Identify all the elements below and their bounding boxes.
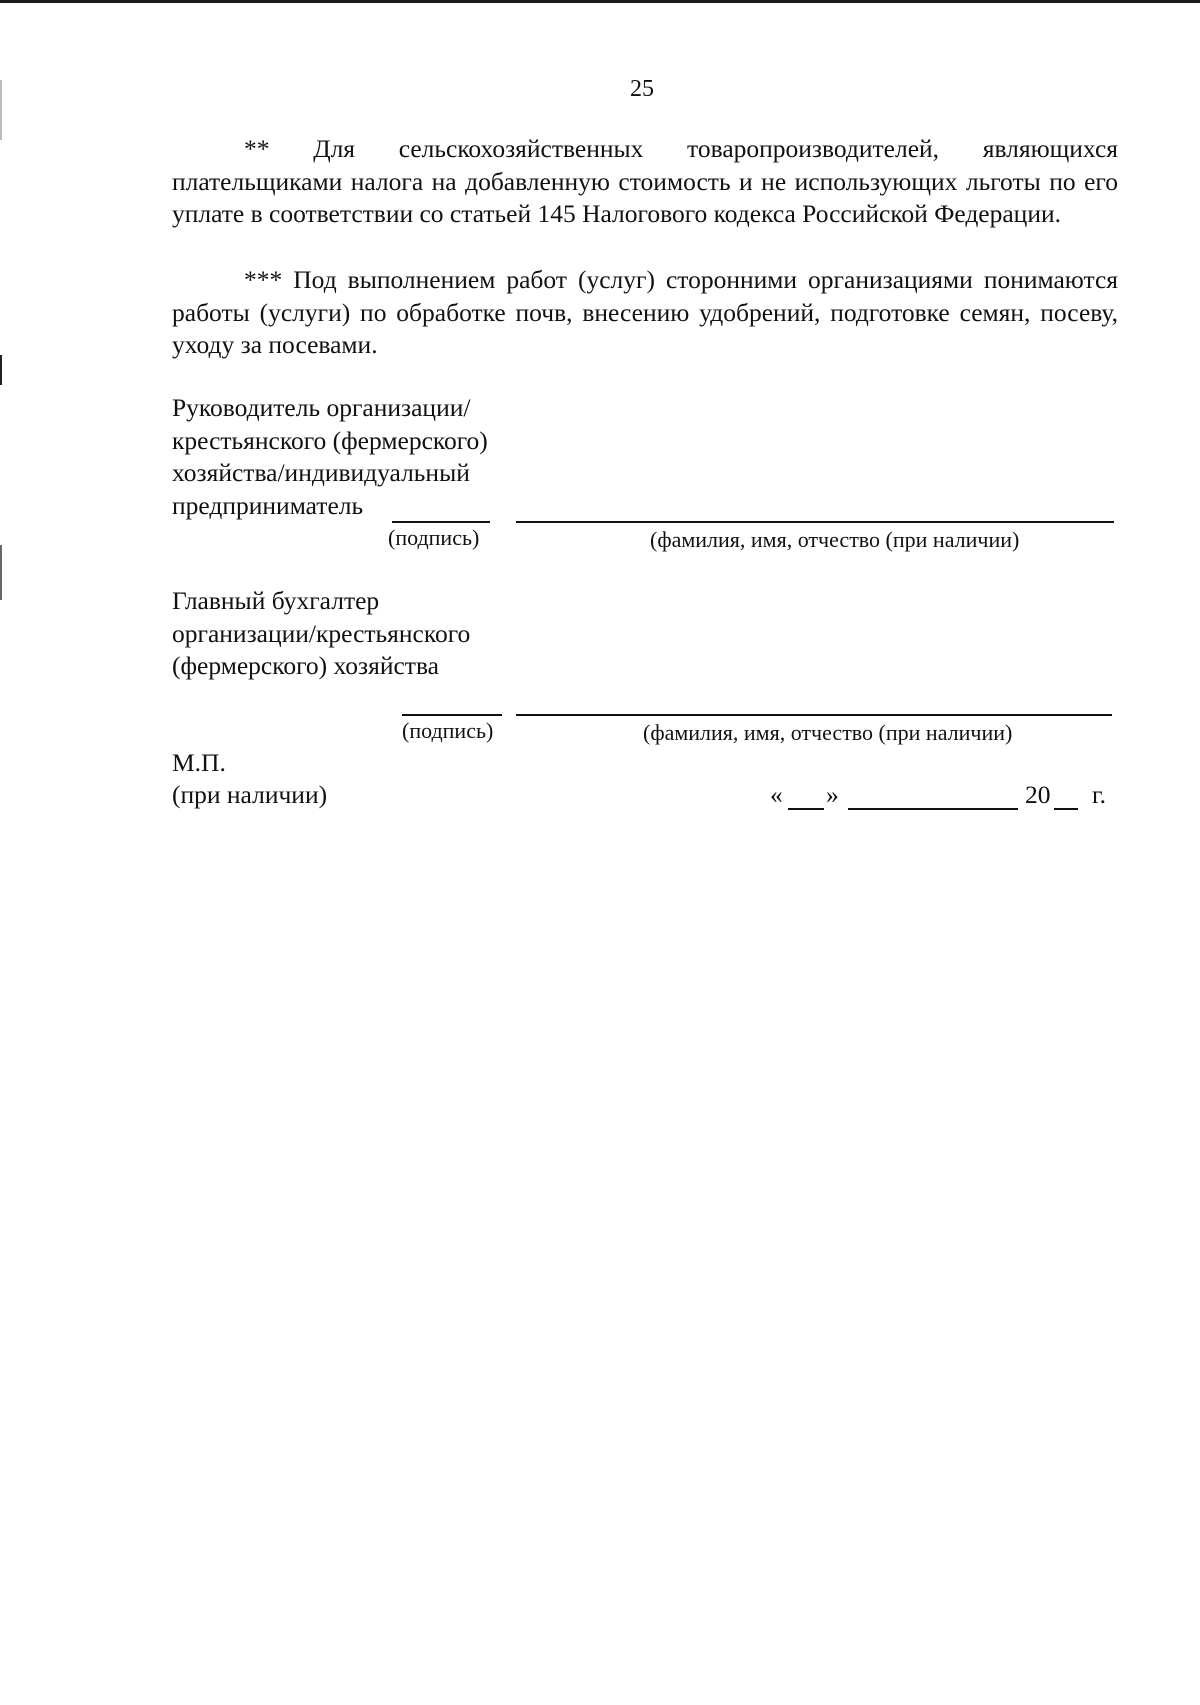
footnote-marker: *** <box>244 265 282 294</box>
date-month-field[interactable] <box>848 808 1018 810</box>
date-open-quote: « <box>770 780 783 810</box>
head-title-line: хозяйства/индивидуальный <box>172 457 488 490</box>
head-title-line: Руководитель организации/ <box>172 392 488 425</box>
date-year-suffix: г. <box>1092 780 1106 810</box>
accountant-signature-line[interactable] <box>402 714 502 716</box>
date-year-field[interactable] <box>1054 808 1078 810</box>
footnote-text: Под выполнением работ (услуг) сторонними… <box>172 265 1118 359</box>
accountant-name-line[interactable] <box>516 714 1112 716</box>
scan-edge-mark <box>0 355 2 385</box>
head-title: Руководитель организации/ крестьянского … <box>172 392 488 522</box>
accountant-signature-caption: (подпись) <box>402 718 493 744</box>
head-signature-line[interactable] <box>392 521 490 523</box>
footnote-vat: ** Для сельскохозяйственных товаропроизв… <box>172 133 1118 231</box>
accountant-title-line: (фермерского) хозяйства <box>172 650 470 683</box>
accountant-title-line: Главный бухгалтер <box>172 585 470 618</box>
head-title-line: предприниматель <box>172 490 488 523</box>
stamp-label: М.П. <box>172 748 226 778</box>
footnote-text: Для сельскохозяйственных товаропроизводи… <box>172 134 1118 228</box>
page-number: 25 <box>0 76 1200 103</box>
head-name-caption: (фамилия, имя, отчество (при наличии) <box>650 527 1019 553</box>
head-name-line[interactable] <box>516 521 1114 523</box>
date-day-field[interactable] <box>788 808 824 810</box>
date-close-quote: » <box>826 780 839 810</box>
head-title-line: крестьянского (фермерского) <box>172 425 488 458</box>
date-year-prefix: 20 <box>1025 780 1051 810</box>
footnote-marker: ** <box>244 134 270 163</box>
accountant-title-line: организации/крестьянского <box>172 618 470 651</box>
head-signature-caption: (подпись) <box>388 525 479 551</box>
accountant-title: Главный бухгалтер организации/крестьянск… <box>172 585 470 683</box>
scan-top-border <box>0 0 1200 3</box>
stamp-note: (при наличии) <box>172 780 327 810</box>
footnote-services: *** Под выполнением работ (услуг) сторон… <box>172 264 1118 362</box>
accountant-name-caption: (фамилия, имя, отчество (при наличии) <box>643 720 1012 746</box>
scan-edge-mark <box>0 545 2 600</box>
